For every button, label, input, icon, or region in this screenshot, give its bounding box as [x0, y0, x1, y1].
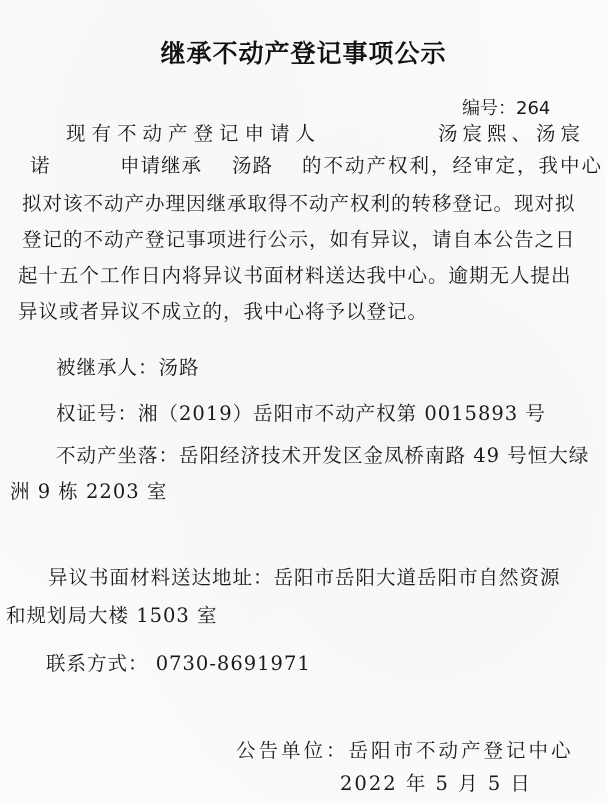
applicant-name-tail: 诺: [30, 150, 51, 178]
paragraph-line-3: 拟对该不动产办理因继承取得不动产权利的转移登记。现对拟: [22, 188, 576, 216]
objection-address-line-2: 和规划局大楼 1503 室: [6, 600, 218, 628]
scanned-notice-page: 继承不动产登记事项公示 编号：264 现有不动产登记申请人 汤宸熙、汤宸 诺 申…: [0, 0, 607, 804]
paragraph-line-2-rest: 的不动产权利，经审定，我中心: [302, 150, 603, 178]
paragraph-line-4: 登记的不动产登记事项进行公示，如有异议，请自本公告之日: [22, 224, 576, 252]
issue-date: 2022 年 5 月 5 日: [340, 768, 532, 796]
paragraph-line-6: 异议或者异议不成立的，我中心将予以登记。: [18, 296, 428, 324]
property-location-continued: 洲 9 栋 2203 室: [10, 476, 167, 504]
notice-number: 编号：264: [462, 94, 550, 120]
objection-address-line-1: 异议书面材料送达地址：岳阳市岳阳大道岳阳市自然资源: [48, 562, 561, 590]
paragraph-line-1: 现有不动产登记申请人: [66, 118, 321, 146]
paragraph-line-5: 起十五个工作日内将异议书面材料送达我中心。逾期无人提出: [18, 260, 572, 288]
decedent-field: 被继承人：汤路: [56, 352, 200, 380]
contact-info: 联系方式： 0730-8691971: [46, 648, 311, 676]
issuing-unit: 公告单位：岳阳市不动产登记中心: [236, 735, 574, 763]
applicant-names: 汤宸熙、汤宸: [438, 118, 585, 146]
certificate-number-field: 权证号：湘（2019）岳阳市不动产权第 0015893 号: [56, 398, 546, 426]
property-location-field: 不动产坐落：岳阳经济技术开发区金凤桥南路 49 号恒大绿: [56, 440, 589, 468]
notice-title: 继承不动产登记事项公示: [0, 34, 607, 70]
apply-inherit-text: 申请继承: [120, 150, 202, 178]
decedent-name-inline: 汤路: [232, 150, 273, 178]
